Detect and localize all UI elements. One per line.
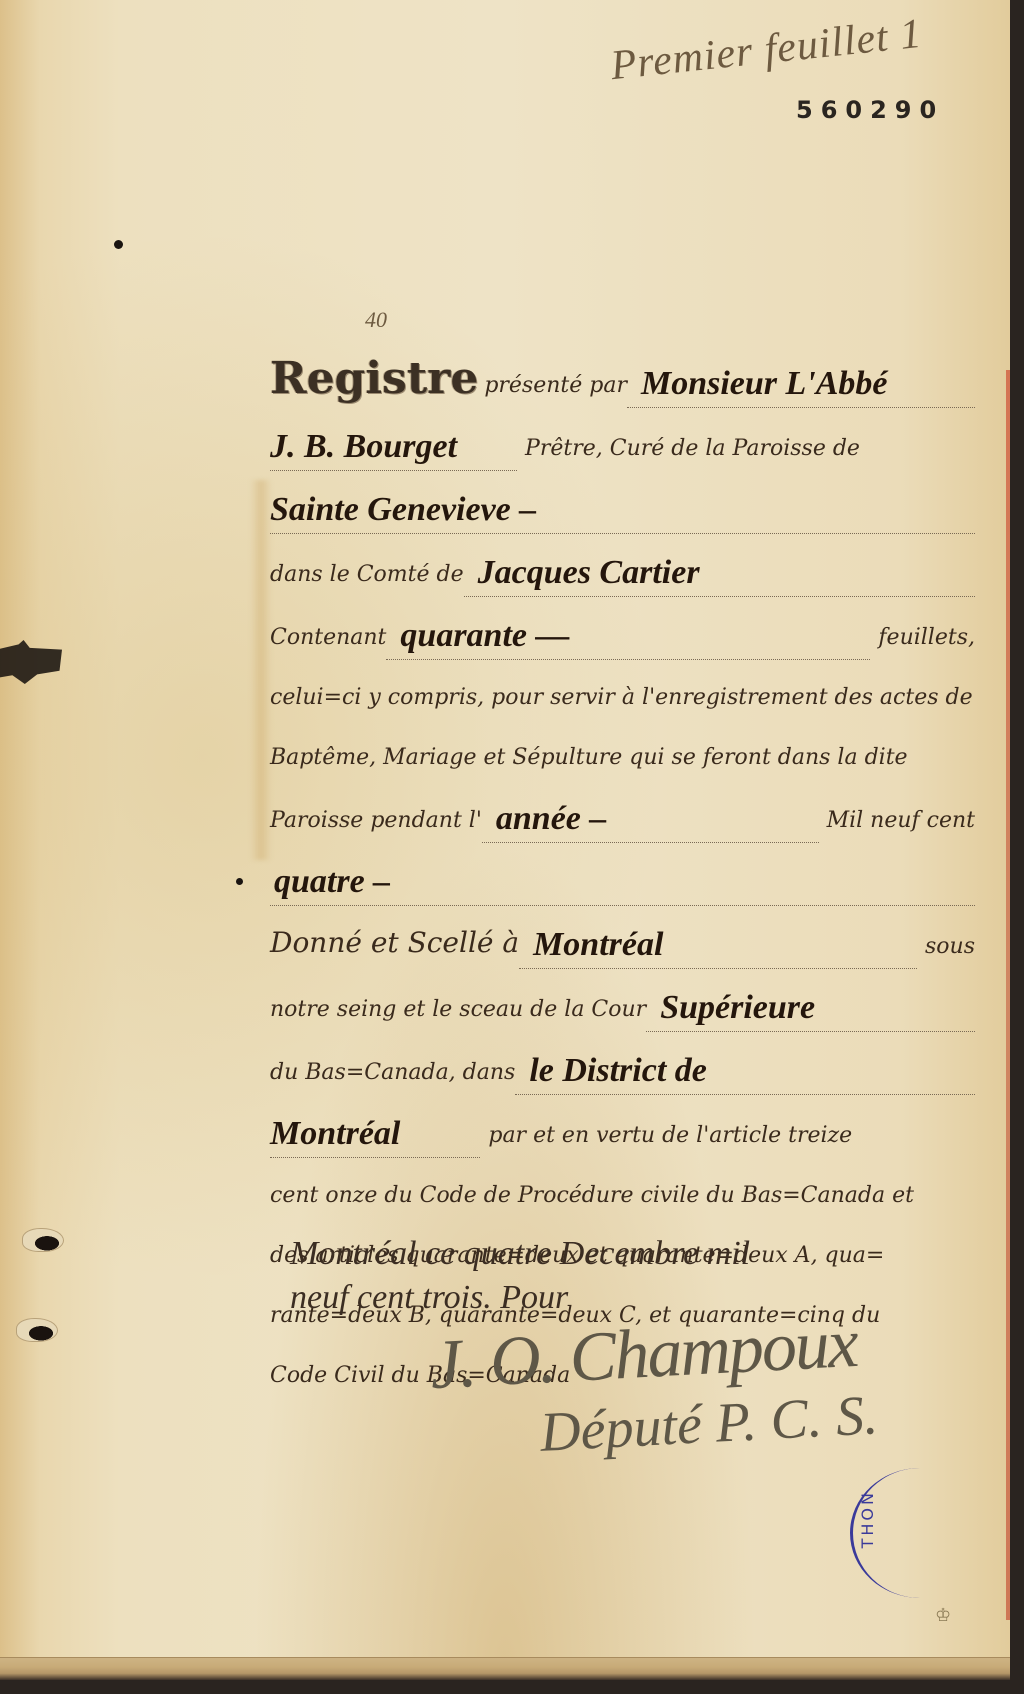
handwritten-fill-priest-name: J. B. Bourget (270, 430, 517, 471)
printed-text: Contenant (270, 625, 386, 660)
crown-watermark-icon: ♔ (935, 1605, 951, 1626)
binding-hole-dot (114, 240, 123, 249)
closing-date-line-1: Montréal ce quatre Decembre mil (290, 1232, 990, 1276)
printed-paragraph-line: Baptême, Mariage et Sépulture qui se fer… (270, 720, 975, 780)
handwritten-fill-year: quatre – (270, 865, 975, 906)
printed-text: Prêtre, Curé de la Paroisse de (525, 436, 860, 471)
printed-text: par et en vertu de l'article treize (488, 1123, 852, 1158)
printed-text: feuillets, (878, 625, 975, 660)
form-line-quatre: quatre – (270, 843, 975, 906)
handwritten-fill-county: Jacques Cartier (464, 556, 975, 597)
closing-date-line-2: neuf cent trois. Pour (290, 1276, 990, 1320)
printed-text: notre seing et le sceau de la Cour (270, 997, 646, 1032)
binding-ring-hole-1 (22, 1228, 64, 1252)
form-line-montreal: Montréal par et en vertu de l'article tr… (270, 1095, 975, 1158)
ink-dot (236, 878, 243, 885)
handwritten-fill-presenter: Monsieur L'Abbé (627, 367, 975, 408)
handwritten-fill-year-label: année – (482, 802, 819, 843)
pencil-folio-number: 40 (365, 307, 387, 333)
stamped-document-number: 560290 (796, 96, 944, 124)
form-line-donne: Donné et Scellé à Montréal sous (270, 906, 975, 969)
closing-statement: Montréal ce quatre Decembre mil neuf cen… (290, 1232, 990, 1320)
printed-text: Mil neuf cent (827, 808, 975, 843)
torn-corner (0, 640, 62, 684)
handwritten-fill-city: Montréal (519, 928, 917, 969)
red-page-edge (1006, 370, 1010, 1620)
form-line-paroisse: Sainte Genevieve – (270, 471, 975, 534)
blue-stamp-text: THON (858, 1490, 877, 1548)
form-line-bascanada: du Bas=Canada, dans le District de (270, 1032, 975, 1095)
printed-text: dans le Comté de (270, 562, 464, 597)
printed-text: présenté par (484, 373, 627, 408)
form-line-comte: dans le Comté de Jacques Cartier (270, 534, 975, 597)
handwritten-fill-district: le District de (515, 1054, 975, 1095)
binding-ring-hole-2 (16, 1318, 58, 1342)
printed-text: sous (925, 934, 975, 969)
printed-paragraph-line: cent onze du Code de Procédure civile du… (270, 1158, 975, 1218)
document-page: Premier feuillet 1 560290 40 Registre pr… (0, 0, 1010, 1680)
printed-paragraph-line: celui=ci y compris, pour servir à l'enre… (270, 660, 975, 720)
form-line-pendant: Paroisse pendant l' année – Mil neuf cen… (270, 780, 975, 843)
handwritten-fill-leaf-count: quarante — (386, 619, 870, 660)
form-line-contenant: Contenant quarante — feuillets, (270, 597, 975, 660)
form-line-pretre: J. B. Bourget Prêtre, Curé de la Paroiss… (270, 408, 975, 471)
water-stain (250, 480, 272, 860)
form-line-seing: notre seing et le sceau de la Cour Supér… (270, 969, 975, 1032)
ornate-heading-registre: Registre (270, 353, 478, 408)
handwritten-annotation-premier-feuillet: Premier feuillet 1 (608, 10, 924, 90)
bottom-page-edge (0, 1657, 1010, 1680)
handwritten-fill-parish: Sainte Genevieve – (270, 493, 975, 534)
handwritten-fill-district-name: Montréal (270, 1117, 480, 1158)
printed-text: du Bas=Canada, dans (270, 1060, 515, 1095)
printed-text: Paroisse pendant l' (270, 808, 482, 843)
printed-text: Donné et Scellé à (270, 926, 519, 969)
form-line-registre: Registre présenté par Monsieur L'Abbé (270, 345, 975, 408)
handwritten-fill-court: Supérieure (646, 991, 975, 1032)
